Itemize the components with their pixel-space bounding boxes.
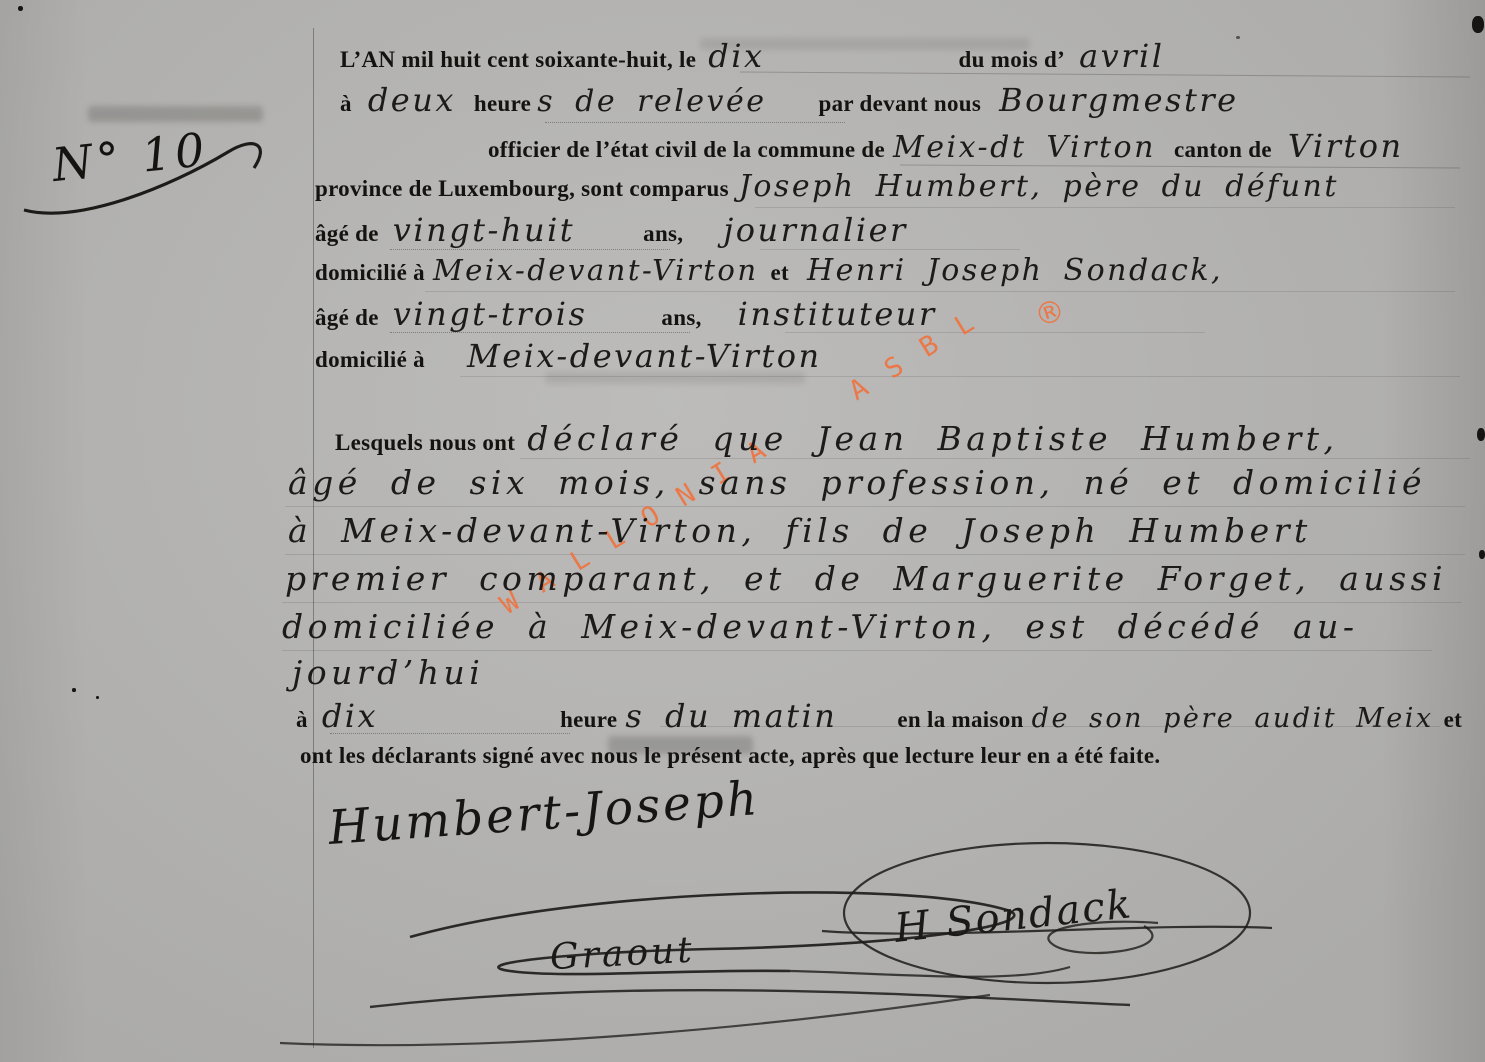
signature-declarant-father: Humbert-Joseph [327, 771, 762, 856]
handwritten-text: s du matin [625, 697, 837, 735]
printed-text: âgé de [315, 305, 379, 330]
handwritten-text: Bourgmestre [999, 81, 1238, 119]
ruling-line [390, 249, 670, 250]
ruling-line [282, 650, 1432, 651]
handwritten-text: à Meix-devant-Virton, fils de Joseph Hum… [288, 511, 1312, 550]
ink-speck [1477, 428, 1485, 441]
form-line-5: âgé de vingt-huit ans, journalier [315, 214, 908, 246]
form-line-14: jourd’hui [292, 656, 484, 689]
ink-speck [1472, 16, 1484, 33]
printed-text: Lesquels nous ont [335, 430, 515, 455]
printed-text: à [296, 707, 308, 732]
printed-text: heure [474, 91, 531, 116]
form-line-2: à deux heure s de relevée par devant nou… [340, 84, 1239, 117]
ruling-line [285, 554, 1465, 555]
printed-text: et [771, 260, 789, 285]
registered-mark: ® [1030, 292, 1069, 335]
signature-officer: Graout [549, 930, 696, 979]
handwritten-text: Henri Joseph Sondack, [807, 253, 1223, 288]
handwritten-text: instituteur [738, 295, 937, 333]
printed-text: canton de [1174, 137, 1272, 162]
form-line-6: domicilié à Meix-devant-Virton et Henri … [315, 256, 1223, 286]
printed-text: du mois d’ [959, 47, 1066, 72]
handwritten-text: deux [368, 81, 456, 119]
ink-speck [1236, 36, 1240, 39]
scanned-death-record-page: N° 10 WALLONIA ASBL ® L’AN mil huit cent… [0, 0, 1485, 1062]
handwritten-text: Joseph Humbert, père du défunt [739, 169, 1339, 204]
handwritten-text: journalier [723, 211, 907, 249]
printed-text: heure [560, 707, 617, 732]
ruling-line [285, 506, 1465, 507]
handwritten-text: domiciliée à Meix-devant-Virton, est déc… [282, 607, 1359, 646]
printed-text: officier de l’état civil de la commune d… [488, 137, 885, 162]
ink-speck [1479, 550, 1485, 559]
printed-text: à [340, 91, 352, 116]
form-line-9: Lesquels nous ont déclaré que Jean Bapti… [335, 422, 1339, 455]
ruling-line [545, 122, 845, 123]
handwritten-text: vingt-trois [393, 295, 588, 333]
signature-declarant-witness: H Sondack [891, 881, 1134, 952]
handwritten-text: dix [708, 37, 764, 75]
form-line-12: premier comparant, et de Marguerite Forg… [285, 562, 1447, 595]
handwritten-text: Meix-devant-Virton [433, 253, 759, 287]
handwritten-text: Virton [1288, 127, 1404, 165]
handwritten-text: vingt-huit [393, 211, 575, 249]
handwritten-text: jourd’hui [292, 653, 484, 692]
handwritten-text: Meix-devant-Virton [467, 337, 822, 375]
ink-speck [18, 6, 23, 11]
form-line-11: à Meix-devant-Virton, fils de Joseph Hum… [288, 514, 1312, 547]
printed-text: en la maison [897, 707, 1023, 732]
printed-text: domicilié à [315, 260, 425, 285]
printed-text: L’AN mil huit cent soixante-huit, le [340, 47, 696, 72]
printed-text: province de Luxembourg, sont comparus [315, 176, 729, 201]
handwritten-text: âgé de six mois, sans profession, né et … [288, 463, 1426, 502]
form-line-1: L’AN mil huit cent soixante-huit, le dix… [340, 40, 1164, 72]
printed-text: domicilié à [315, 347, 425, 372]
form-line-15: à dix heure s du matin en la maison de s… [296, 700, 1462, 732]
ink-speck [96, 696, 99, 699]
form-line-13: domiciliée à Meix-devant-Virton, est déc… [282, 610, 1359, 643]
ruling-line [760, 249, 1020, 250]
printed-text: ont les déclarants signé avec nous le pr… [300, 743, 1160, 768]
form-line-16: ont les déclarants signé avec nous le pr… [300, 744, 1160, 767]
form-line-8: domicilié à Meix-devant-Virton [315, 340, 822, 372]
printed-text: et [1444, 707, 1462, 732]
handwritten-text: Meix-dt Virton [893, 130, 1156, 165]
form-line-10: âgé de six mois, sans profession, né et … [288, 466, 1426, 499]
ruling-line [520, 458, 1470, 459]
form-line-3: officier de l’état civil de la commune d… [488, 130, 1404, 163]
printed-text: ans, [661, 305, 701, 330]
handwritten-text: dix [322, 697, 378, 735]
printed-text: ans, [643, 221, 683, 246]
handwritten-text: déclaré que Jean Baptiste Humbert, [527, 419, 1338, 458]
form-line-4: province de Luxembourg, sont comparus Jo… [315, 172, 1339, 202]
form-line-7: âgé de vingt-trois ans, instituteur [315, 298, 937, 330]
handwritten-text: de son père audit Meix [1032, 703, 1434, 734]
printed-text: âgé de [315, 221, 379, 246]
ink-speck [72, 688, 76, 692]
ruling-line [425, 291, 1455, 292]
handwritten-text: premier comparant, et de Marguerite Forg… [285, 559, 1447, 598]
handwritten-text: s de relevée [537, 84, 766, 119]
ruling-line [900, 165, 1460, 169]
ruling-line [282, 602, 1462, 603]
ruling-line [755, 207, 1455, 208]
signature-declarant-witness-group: H Sondack [822, 828, 1272, 1003]
handwritten-text: avril [1079, 37, 1164, 75]
printed-text: par devant nous [819, 91, 982, 116]
